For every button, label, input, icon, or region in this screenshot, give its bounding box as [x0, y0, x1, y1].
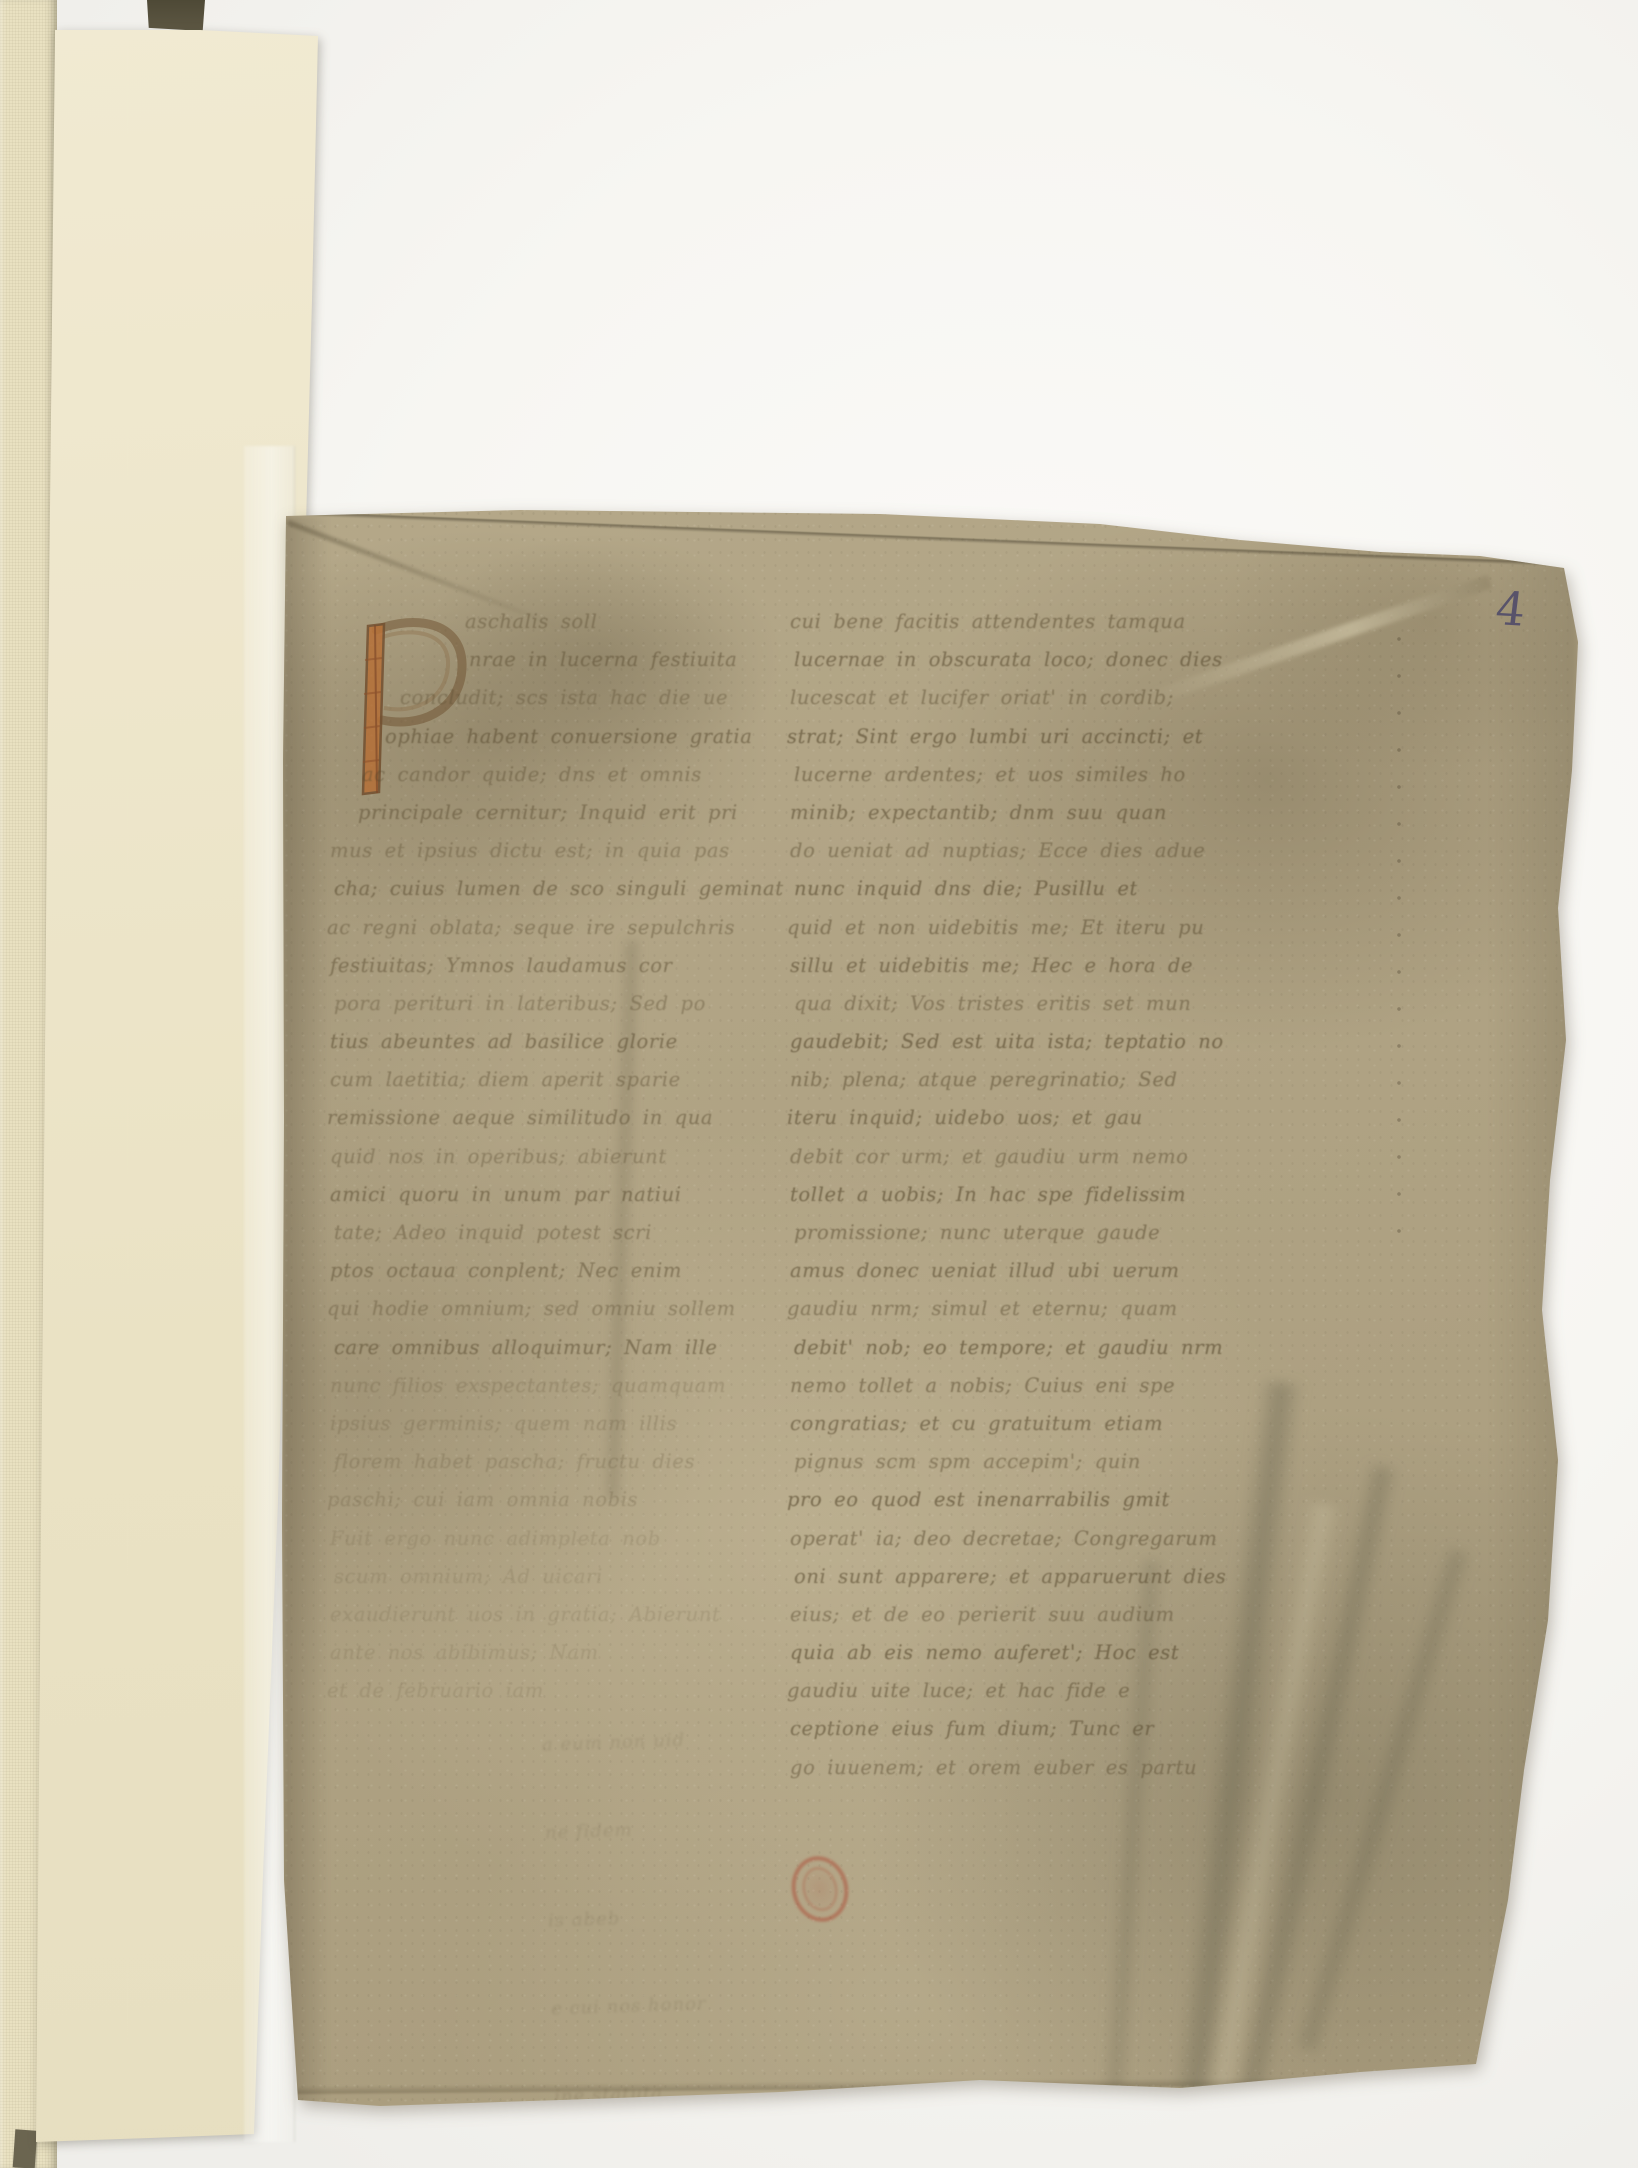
text-column-right: cui bene facitis attendentes tamqualucer… — [790, 603, 1252, 1787]
manuscript-text-line: ante nos abibimus; Nam — [330, 1634, 782, 1672]
manuscript-text-line: principale cernitur; Inquid erit pri — [330, 794, 782, 832]
manuscript-text-line: pora perituri in lateribus; Sed po — [334, 985, 786, 1023]
manuscript-text-line: tate; Adeo inquid potest scri — [334, 1214, 786, 1252]
manuscript-text-line: nib; plena; atque peregrinatio; Sed — [790, 1061, 1252, 1099]
manuscript-text-line: strat; Sint ergo lumbi uri accincti; et — [787, 718, 1249, 756]
manuscript-text-line: quid nos in operibus; abierunt — [330, 1138, 782, 1176]
manuscript-text-line: care omnibus alloquimur; Nam ille — [334, 1329, 786, 1367]
manuscript-text-line: pro eo quod est inenarrabilis gmit — [787, 1481, 1249, 1519]
manuscript-text-line: gaudiu nrm; simul et eternu; quam — [787, 1290, 1249, 1328]
manuscript-text-line: ophiae habent conuersione gratia — [327, 718, 779, 756]
manuscript-text-line: eius; et de eo perierit suu audium — [790, 1596, 1252, 1634]
manuscript-text-line: florem habet pascha; fructu dies — [334, 1443, 786, 1481]
leaf-right-edge-shading — [1490, 560, 1578, 2080]
manuscript-text-line: concludit; scs ista hac die ue — [330, 679, 782, 717]
manuscript-text-line: ac regni oblata; seque ire sepulchris — [327, 909, 779, 947]
manuscript-text-line: lucescat et lucifer oriat' in cordib; — [790, 679, 1252, 717]
manuscript-text-line: ptos octaua conplent; Nec enim — [330, 1252, 782, 1290]
manuscript-text-line: cum laetitia; diem aperit sparie — [330, 1061, 782, 1099]
manuscript-text-line: ac candor quide; dns et omnis — [334, 756, 786, 794]
manuscript-text-line: operat' ia; deo decretae; Congregarum — [790, 1520, 1252, 1558]
manuscript-text-line: Fuit ergo nunc adimpleta nob — [330, 1520, 782, 1558]
ghost-text-line: a eum non uid — [540, 1687, 973, 1790]
manuscript-text-line: quia ab eis nemo auferet'; Hoc est — [790, 1634, 1252, 1672]
manuscript-text-line: debit cor urm; et gaudiu urm nemo — [790, 1138, 1252, 1176]
text-column-left: aschalis sollnrae in lucerna festiuitaco… — [330, 603, 782, 1710]
manuscript-text-line: cui bene facitis attendentes tamqua — [790, 603, 1252, 641]
ghost-text-line: ne fidem — [544, 1775, 977, 1878]
manuscript-text-line: mus et ipsius dictu est; in quia pas — [330, 832, 782, 870]
manuscript-text-line: promissione; nunc uterque gaude — [794, 1214, 1256, 1252]
manuscript-text-line: pignus scm spm accepim'; quin — [794, 1443, 1256, 1481]
ghost-text-line: e cui nos honor — [550, 1950, 983, 2053]
manuscript-text-line: nunc filios exspectantes; quamquam — [330, 1367, 782, 1405]
manuscript-text-line: aschalis soll — [330, 603, 782, 641]
prick-marks-column — [1396, 636, 1402, 1266]
manuscript-text-line: oni sunt apparere; et apparuerunt dies — [794, 1558, 1256, 1596]
manuscript-text-line: amus donec ueniat illud ubi uerum — [790, 1252, 1252, 1290]
manuscript-text-line: cha; cuius lumen de sco singuli geminat — [334, 870, 786, 908]
manuscript-text-line: exaudierunt uos in gratia; Abierunt — [330, 1596, 782, 1634]
manuscript-text-line: festiuitas; Ymnos laudamus cor — [330, 947, 782, 985]
manuscript-text-line: paschi; cui iam omnia nobis — [327, 1481, 779, 1519]
manuscript-leaf: P aschalis sollnrae in lucerna festiuita… — [0, 0, 1638, 2168]
manuscript-text-line: quid et non uidebitis me; Et iteru pu — [787, 909, 1249, 947]
manuscript-text-line: minib; expectantib; dnm suu quan — [790, 794, 1252, 832]
manuscript-text-line: iteru inquid; uidebo uos; et gau — [787, 1099, 1249, 1137]
manuscript-text-line: tollet a uobis; In hac spe fidelissim — [790, 1176, 1252, 1214]
photographic-backdrop: P aschalis sollnrae in lucerna festiuita… — [0, 0, 1638, 2168]
manuscript-text-line: nrae in lucerna festiuita — [334, 641, 786, 679]
manuscript-text-line: gaudebit; Sed est uita ista; teptatio no — [790, 1023, 1252, 1061]
manuscript-text-line: amici quoru in unum par natiui — [330, 1176, 782, 1214]
parchment-surface: P aschalis sollnrae in lucerna festiuita… — [0, 0, 1638, 2168]
gutter-shadow — [283, 516, 329, 2106]
ghost-text-line: ine statuta — [553, 2038, 986, 2141]
manuscript-text-line: debit' nob; eo tempore; et gaudiu nrm — [794, 1329, 1256, 1367]
manuscript-text-line: sillu et uidebitis me; Hec e hora de — [790, 947, 1252, 985]
manuscript-text-line: qui hodie omnium; sed omniu sollem — [327, 1290, 779, 1328]
manuscript-text-line: tius abeuntes ad basilice glorie — [330, 1023, 782, 1061]
manuscript-text-line: ipsius germinis; quem nam illis — [330, 1405, 782, 1443]
faded-ghost-text: a eum non uidne fidemis abebe cui nos ho… — [540, 1687, 985, 2142]
manuscript-text-line: do ueniat ad nuptias; Ecce dies adue — [790, 832, 1252, 870]
manuscript-text-line: lucerne ardentes; et uos similes ho — [794, 756, 1256, 794]
manuscript-text-line: nemo tollet a nobis; Cuius eni spe — [790, 1367, 1252, 1405]
manuscript-text-line: remissione aeque similitudo in qua — [327, 1099, 779, 1137]
manuscript-text-line: scum omnium; Ad uicari — [334, 1558, 786, 1596]
manuscript-text-line: nunc inquid dns die; Pusillu et — [794, 870, 1256, 908]
manuscript-text-line: qua dixit; Vos tristes eritis set mun — [794, 985, 1256, 1023]
manuscript-text-line: congratias; et cu gratuitum etiam — [790, 1405, 1252, 1443]
ghost-text-line: is abeb — [547, 1863, 980, 1966]
manuscript-text-line: lucernae in obscurata loco; donec dies — [794, 641, 1256, 679]
